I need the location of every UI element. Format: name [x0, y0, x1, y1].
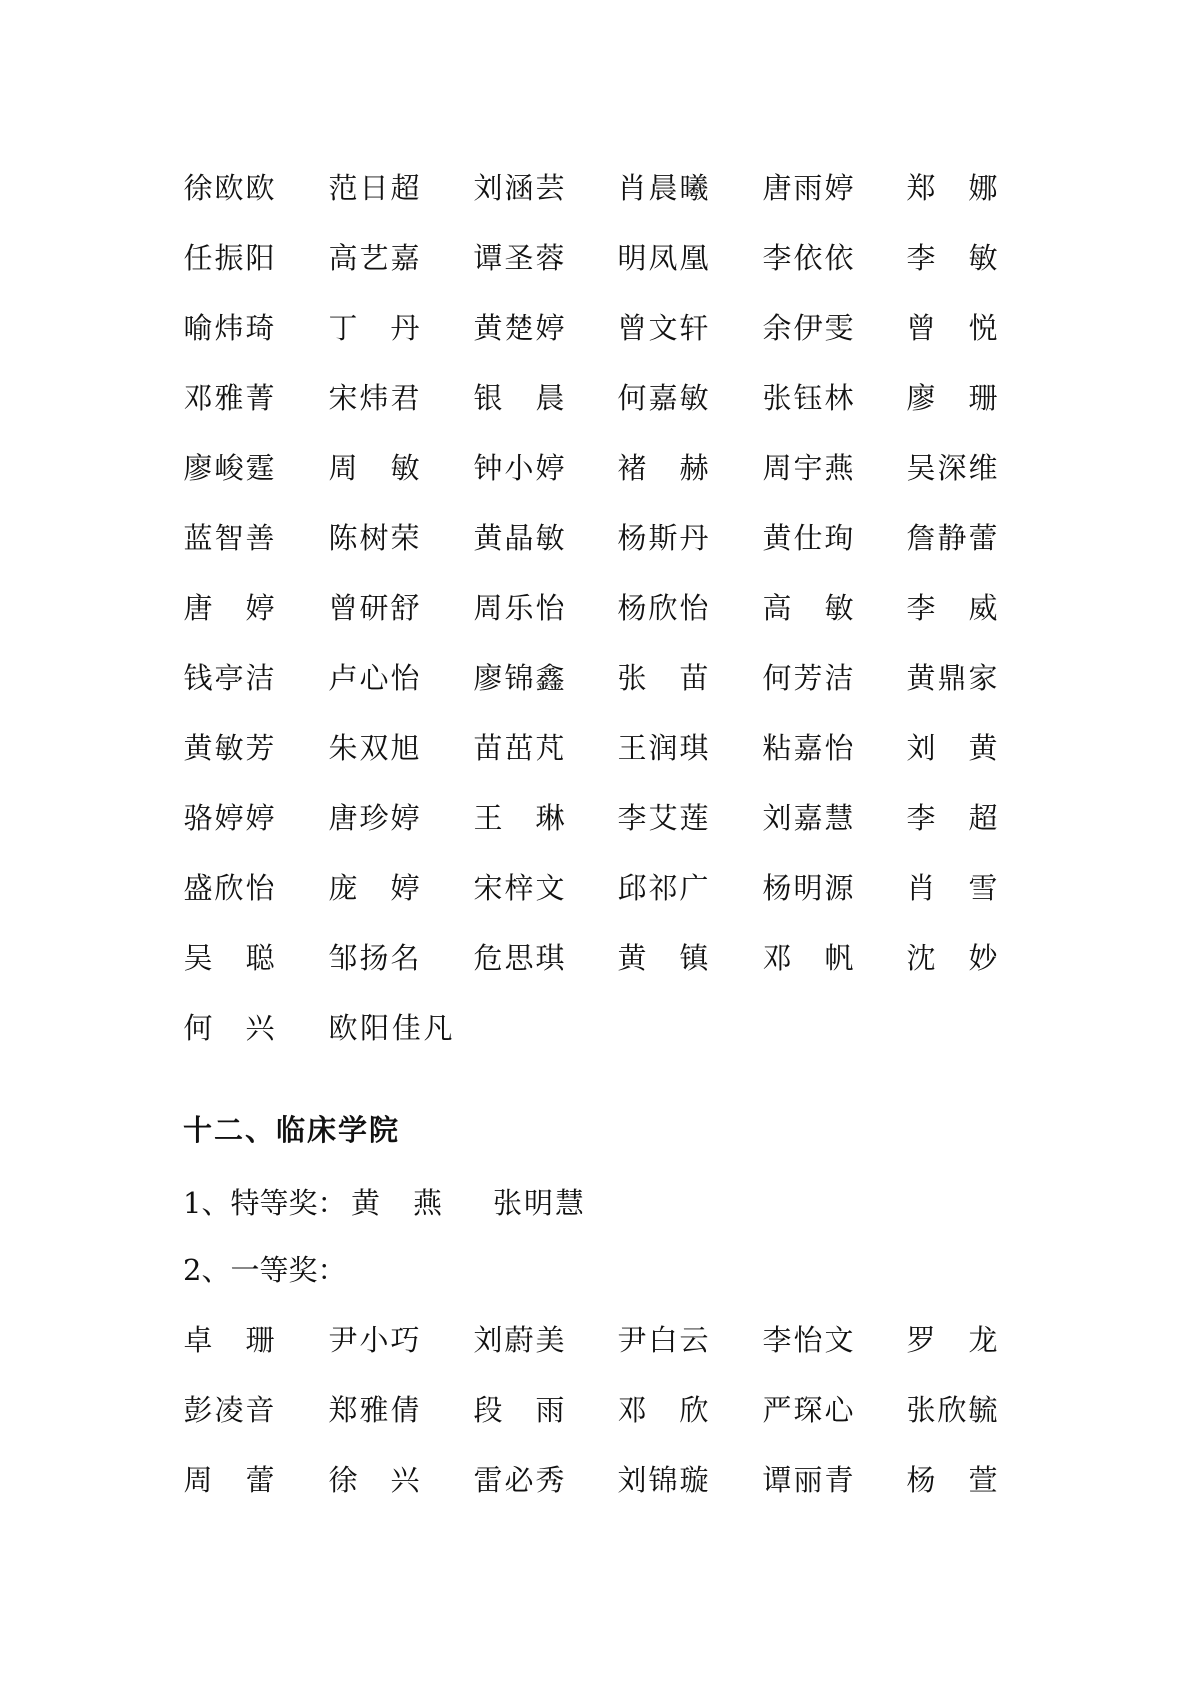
- student-name: 张欣毓: [906, 1392, 998, 1428]
- name-char: 欣: [214, 870, 244, 906]
- name-char: 李: [906, 240, 936, 276]
- student-name: 杨萱: [906, 1462, 998, 1498]
- name-char: 鼎: [937, 660, 967, 696]
- name-char: 欧: [214, 170, 244, 206]
- name-char: 莲: [679, 800, 709, 836]
- name-char: 李: [906, 590, 936, 626]
- name-char: 廖: [473, 660, 503, 696]
- name-char: 周: [473, 590, 503, 626]
- name-char: 青: [824, 1462, 854, 1498]
- name-char: 粘: [762, 730, 792, 766]
- name-char: 祁: [648, 870, 678, 906]
- name-char: 丁: [328, 310, 358, 346]
- student-name: 罗龙: [906, 1322, 998, 1358]
- name-char: 凡: [423, 1010, 453, 1046]
- name-char: 润: [648, 730, 678, 766]
- name-char: 杨: [762, 870, 792, 906]
- name-char: 轩: [679, 310, 709, 346]
- name-char: 刘: [762, 800, 792, 836]
- name-char: 广: [679, 870, 709, 906]
- first-award-label: 2、一等奖：: [183, 1252, 346, 1288]
- name-char: 王: [617, 730, 647, 766]
- name-row: 喻炜琦丁丹黄楚婷曾文轩余伊雯曾悦: [183, 310, 1063, 380]
- name-char: 谭: [762, 1462, 792, 1498]
- name-char: 卢: [328, 660, 358, 696]
- student-name: 张钰林: [762, 380, 854, 416]
- name-char: 何: [183, 1010, 213, 1046]
- student-name: 余伊雯: [762, 310, 854, 346]
- name-char: 必: [504, 1462, 534, 1498]
- student-name: 危思琪: [473, 940, 565, 976]
- name-char: 宇: [793, 450, 823, 486]
- student-name: 曾文轩: [617, 310, 709, 346]
- student-name: 沈妙: [906, 940, 998, 976]
- student-name: 邱祁广: [617, 870, 709, 906]
- name-char: 尹: [328, 1322, 358, 1358]
- student-name: 卢心怡: [328, 660, 420, 696]
- student-name: 刘涵芸: [473, 170, 565, 206]
- name-char: 仕: [793, 520, 823, 556]
- student-name: 肖雪: [906, 870, 998, 906]
- student-name: 褚赫: [617, 450, 709, 486]
- student-name: 唐雨婷: [762, 170, 854, 206]
- name-char: 邱: [617, 870, 647, 906]
- name-char: 芸: [535, 170, 565, 206]
- student-name: 刘蔚美: [473, 1322, 565, 1358]
- name-char: 珣: [824, 520, 854, 556]
- student-name: 宋梓文: [473, 870, 565, 906]
- name-char: 佳: [391, 1010, 421, 1046]
- name-char: 琳: [535, 800, 565, 836]
- name-char: 雅: [359, 1392, 389, 1428]
- name-char: 蕾: [968, 520, 998, 556]
- name-char: 娜: [968, 170, 998, 206]
- name-char: 琪: [535, 940, 565, 976]
- name-char: 宋: [328, 380, 358, 416]
- name-char: 欣: [648, 590, 678, 626]
- name-char: 谭: [473, 240, 503, 276]
- name-char: 褚: [617, 450, 647, 486]
- name-char: 何: [617, 380, 647, 416]
- name-char: 刘: [617, 1462, 647, 1498]
- student-name: 钱亭洁: [183, 660, 275, 696]
- name-char: 黄: [183, 730, 213, 766]
- student-name: 黄仕珣: [762, 520, 854, 556]
- name-char: 思: [504, 940, 534, 976]
- name-char: 怡: [793, 1322, 823, 1358]
- name-char: 婷: [535, 450, 565, 486]
- student-name: 李威: [906, 590, 998, 626]
- name-char: 唐: [183, 590, 213, 626]
- name-char: 毓: [968, 1392, 998, 1428]
- name-char: 鑫: [535, 660, 565, 696]
- special-award-name: 黄燕: [350, 1185, 442, 1221]
- name-char: 维: [968, 450, 998, 486]
- name-char: 雨: [793, 170, 823, 206]
- name-char: 张: [617, 660, 647, 696]
- name-char: 敏: [824, 590, 854, 626]
- name-char: 蔚: [504, 1322, 534, 1358]
- name-char: 楚: [504, 310, 534, 346]
- name-char: 源: [824, 870, 854, 906]
- student-name: 徐兴: [328, 1462, 420, 1498]
- student-name: 杨明源: [762, 870, 854, 906]
- student-name: 高敏: [762, 590, 854, 626]
- name-row: 蓝智善陈树荣黄晶敏杨斯丹黄仕珣詹静蕾: [183, 520, 1063, 590]
- name-char: 任: [183, 240, 213, 276]
- name-char: 洁: [824, 660, 854, 696]
- name-char: 倩: [390, 1392, 420, 1428]
- name-char: 李: [906, 800, 936, 836]
- name-char: 徐: [328, 1462, 358, 1498]
- name-char: 洁: [245, 660, 275, 696]
- name-char: 曾: [328, 590, 358, 626]
- name-char: 雷: [473, 1462, 503, 1498]
- name-char: 肖: [906, 870, 936, 906]
- name-char: 涵: [504, 170, 534, 206]
- student-name: 周蕾: [183, 1462, 275, 1498]
- name-char: 芳: [245, 730, 275, 766]
- name-char: 苗: [473, 730, 503, 766]
- name-char: 凤: [648, 240, 678, 276]
- name-char: 心: [359, 660, 389, 696]
- name-char: 杨: [617, 590, 647, 626]
- name-char: 怡: [679, 590, 709, 626]
- name-char: 慧: [554, 1185, 584, 1221]
- name-char: 何: [762, 660, 792, 696]
- name-char: 丽: [793, 1462, 823, 1498]
- name-row: 盛欣怡庞婷宋梓文邱祁广杨明源肖雪: [183, 870, 1063, 940]
- name-char: 文: [648, 310, 678, 346]
- name-char: 晨: [535, 380, 565, 416]
- name-char: 锦: [504, 660, 534, 696]
- name-char: 婷: [824, 170, 854, 206]
- name-char: 杨: [617, 520, 647, 556]
- name-char: 振: [214, 240, 244, 276]
- name-char: 萱: [968, 1462, 998, 1498]
- name-char: 曦: [679, 170, 709, 206]
- student-name: 喻炜琦: [183, 310, 275, 346]
- name-char: 龙: [968, 1322, 998, 1358]
- student-name: 黄鼎家: [906, 660, 998, 696]
- name-row: 廖峻霆周敏钟小婷褚赫周宇燕吴深维: [183, 450, 1063, 520]
- name-char: 苗: [679, 660, 709, 696]
- student-name: 唐珍婷: [328, 800, 420, 836]
- name-char: 珊: [245, 1322, 275, 1358]
- student-name: 曾研舒: [328, 590, 420, 626]
- name-char: 罗: [906, 1322, 936, 1358]
- name-char: 依: [824, 240, 854, 276]
- name-char: 卓: [183, 1322, 213, 1358]
- name-char: 郑: [328, 1392, 358, 1428]
- student-name: 王润琪: [617, 730, 709, 766]
- name-char: 亭: [214, 660, 244, 696]
- name-char: 研: [359, 590, 389, 626]
- student-name: 骆婷婷: [183, 800, 275, 836]
- name-char: 张: [762, 380, 792, 416]
- name-char: 曾: [617, 310, 647, 346]
- name-list-continuation: 徐欧欧范日超刘涵芸肖晨曦唐雨婷郑娜任振阳高艺嘉谭圣蓉明凤凰李依依李敏喻炜琦丁丹黄…: [183, 170, 1063, 1080]
- name-char: 树: [359, 520, 389, 556]
- student-name: 肖晨曦: [617, 170, 709, 206]
- name-char: 嘉: [648, 380, 678, 416]
- name-char: 敏: [390, 450, 420, 486]
- name-char: 欣: [937, 1392, 967, 1428]
- name-char: 凰: [679, 240, 709, 276]
- name-char: 邹: [328, 940, 358, 976]
- name-char: 李: [617, 800, 647, 836]
- name-char: 詹: [906, 520, 936, 556]
- name-char: 白: [648, 1322, 678, 1358]
- name-char: 嘉: [793, 730, 823, 766]
- name-char: 朱: [328, 730, 358, 766]
- name-char: 高: [762, 590, 792, 626]
- student-name: 黄晶敏: [473, 520, 565, 556]
- student-name: 尹白云: [617, 1322, 709, 1358]
- name-char: 日: [359, 170, 389, 206]
- student-name: 黄镇: [617, 940, 709, 976]
- name-char: 艾: [648, 800, 678, 836]
- name-char: 李: [762, 240, 792, 276]
- name-char: 黄: [473, 310, 503, 346]
- name-char: 明: [617, 240, 647, 276]
- name-row: 骆婷婷唐珍婷王琳李艾莲刘嘉慧李超: [183, 800, 1063, 870]
- name-char: 小: [359, 1322, 389, 1358]
- student-name: 欧阳佳凡: [328, 1010, 453, 1046]
- name-char: 兴: [390, 1462, 420, 1498]
- student-name: 粘嘉怡: [762, 730, 854, 766]
- name-row: 何兴欧阳佳凡: [183, 1010, 1063, 1080]
- student-name: 苗茁芃: [473, 730, 565, 766]
- name-char: 美: [535, 1322, 565, 1358]
- name-char: 晶: [504, 520, 534, 556]
- student-name: 吴聪: [183, 940, 275, 976]
- student-name: 刘嘉慧: [762, 800, 854, 836]
- name-char: 双: [359, 730, 389, 766]
- student-name: 银晨: [473, 380, 565, 416]
- name-char: 阳: [360, 1010, 390, 1046]
- name-char: 邓: [183, 380, 213, 416]
- name-char: 峻: [214, 450, 244, 486]
- name-char: 威: [968, 590, 998, 626]
- name-char: 李: [762, 1322, 792, 1358]
- student-name: 唐婷: [183, 590, 275, 626]
- student-name: 庞婷: [328, 870, 420, 906]
- name-char: 赫: [679, 450, 709, 486]
- name-row: 徐欧欧范日超刘涵芸肖晨曦唐雨婷郑娜: [183, 170, 1063, 240]
- name-char: 炜: [214, 310, 244, 346]
- student-name: 严琛心: [762, 1392, 854, 1428]
- name-char: 善: [245, 520, 275, 556]
- name-char: 音: [245, 1392, 275, 1428]
- student-name: 段雨: [473, 1392, 565, 1428]
- name-char: 银: [473, 380, 503, 416]
- name-char: 雅: [214, 380, 244, 416]
- student-name: 陈树荣: [328, 520, 420, 556]
- name-char: 荣: [390, 520, 420, 556]
- name-char: 欣: [679, 1392, 709, 1428]
- name-char: 茁: [504, 730, 534, 766]
- name-char: 高: [328, 240, 358, 276]
- name-char: 君: [390, 380, 420, 416]
- name-char: 芃: [535, 730, 565, 766]
- name-char: 徐: [183, 170, 213, 206]
- name-char: 钟: [473, 450, 503, 486]
- name-char: 燕: [412, 1185, 442, 1221]
- name-char: 周: [762, 450, 792, 486]
- student-name: 彭凌音: [183, 1392, 275, 1428]
- student-name: 何兴: [183, 1010, 275, 1046]
- student-name: 周敏: [328, 450, 420, 486]
- student-name: 何芳洁: [762, 660, 854, 696]
- student-name: 何嘉敏: [617, 380, 709, 416]
- name-row: 彭凌音郑雅倩段雨邓欣严琛心张欣毓: [183, 1392, 1063, 1462]
- name-char: 怡: [245, 870, 275, 906]
- name-char: 黄: [762, 520, 792, 556]
- name-char: 璇: [679, 1462, 709, 1498]
- name-char: 超: [390, 170, 420, 206]
- student-name: 周宇燕: [762, 450, 854, 486]
- student-name: 李超: [906, 800, 998, 836]
- name-char: 明: [523, 1185, 553, 1221]
- name-char: 王: [473, 800, 503, 836]
- name-char: 蓝: [183, 520, 213, 556]
- student-name: 廖珊: [906, 380, 998, 416]
- name-char: 陈: [328, 520, 358, 556]
- name-char: 巧: [390, 1322, 420, 1358]
- name-char: 珊: [968, 380, 998, 416]
- name-char: 骆: [183, 800, 213, 836]
- name-char: 小: [504, 450, 534, 486]
- student-name: 钟小婷: [473, 450, 565, 486]
- name-char: 雨: [535, 1392, 565, 1428]
- first-award-line: 2、一等奖：: [183, 1252, 350, 1288]
- student-name: 宋炜君: [328, 380, 420, 416]
- name-char: 廖: [183, 450, 213, 486]
- special-award-name: 张明慧: [492, 1185, 584, 1221]
- name-char: 黄: [473, 520, 503, 556]
- student-name: 詹静蕾: [906, 520, 998, 556]
- name-char: 文: [535, 870, 565, 906]
- name-char: 唐: [328, 800, 358, 836]
- name-char: 家: [968, 660, 998, 696]
- name-char: 珍: [359, 800, 389, 836]
- student-name: 周乐怡: [473, 590, 565, 626]
- name-char: 段: [473, 1392, 503, 1428]
- name-char: 明: [793, 870, 823, 906]
- name-char: 宋: [473, 870, 503, 906]
- name-char: 丹: [679, 520, 709, 556]
- name-char: 敏: [535, 520, 565, 556]
- name-char: 刘: [906, 730, 936, 766]
- name-char: 尹: [617, 1322, 647, 1358]
- name-char: 沈: [906, 940, 936, 976]
- name-row: 唐婷曾研舒周乐怡杨欣怡高敏李威: [183, 590, 1063, 660]
- name-char: 严: [762, 1392, 792, 1428]
- name-char: 怡: [824, 730, 854, 766]
- name-char: 艺: [359, 240, 389, 276]
- name-char: 郑: [906, 170, 936, 206]
- name-char: 镇: [679, 940, 709, 976]
- name-char: 文: [824, 1322, 854, 1358]
- name-row: 黄敏芳朱双旭苗茁芃王润琪粘嘉怡刘黄: [183, 730, 1063, 800]
- name-row: 任振阳高艺嘉谭圣蓉明凤凰李依依李敏: [183, 240, 1063, 310]
- name-char: 婷: [245, 590, 275, 626]
- name-char: 婷: [390, 870, 420, 906]
- name-char: 舒: [390, 590, 420, 626]
- name-char: 范: [328, 170, 358, 206]
- student-name: 高艺嘉: [328, 240, 420, 276]
- name-char: 伊: [793, 310, 823, 346]
- student-name: 黄敏芳: [183, 730, 275, 766]
- name-char: 怡: [535, 590, 565, 626]
- student-name: 张苗: [617, 660, 709, 696]
- student-name: 李怡文: [762, 1322, 854, 1358]
- name-char: 依: [793, 240, 823, 276]
- special-award-label: 1、特等奖：: [183, 1185, 346, 1221]
- name-char: 婷: [535, 310, 565, 346]
- student-name: 吴深维: [906, 450, 998, 486]
- name-char: 深: [937, 450, 967, 486]
- name-char: 邓: [762, 940, 792, 976]
- name-char: 婷: [214, 800, 244, 836]
- name-char: 钰: [793, 380, 823, 416]
- student-name: 王琳: [473, 800, 565, 836]
- name-char: 名: [390, 940, 420, 976]
- student-name: 丁丹: [328, 310, 420, 346]
- student-name: 邹扬名: [328, 940, 420, 976]
- student-name: 李艾莲: [617, 800, 709, 836]
- student-name: 雷必秀: [473, 1462, 565, 1498]
- name-row: 卓珊尹小巧刘蔚美尹白云李怡文罗龙: [183, 1322, 1063, 1392]
- name-char: 周: [183, 1462, 213, 1498]
- student-name: 郑雅倩: [328, 1392, 420, 1428]
- name-char: 斯: [648, 520, 678, 556]
- name-char: 张: [906, 1392, 936, 1428]
- name-char: 丹: [390, 310, 420, 346]
- name-char: 圣: [504, 240, 534, 276]
- name-char: 廖: [906, 380, 936, 416]
- name-char: 云: [679, 1322, 709, 1358]
- student-name: 李依依: [762, 240, 854, 276]
- student-name: 黄楚婷: [473, 310, 565, 346]
- name-char: 乐: [504, 590, 534, 626]
- name-char: 心: [824, 1392, 854, 1428]
- name-char: 杨: [906, 1462, 936, 1498]
- name-char: 黄: [350, 1185, 380, 1221]
- name-char: 黄: [617, 940, 647, 976]
- student-name: 邓帆: [762, 940, 854, 976]
- name-char: 超: [968, 800, 998, 836]
- name-char: 肖: [617, 170, 647, 206]
- student-name: 邓欣: [617, 1392, 709, 1428]
- name-char: 敏: [214, 730, 244, 766]
- name-char: 彭: [183, 1392, 213, 1428]
- student-name: 朱双旭: [328, 730, 420, 766]
- student-name: 范日超: [328, 170, 420, 206]
- name-char: 锦: [648, 1462, 678, 1498]
- name-char: 嘉: [390, 240, 420, 276]
- name-char: 悦: [968, 310, 998, 346]
- student-name: 廖峻霆: [183, 450, 275, 486]
- name-char: 妙: [968, 940, 998, 976]
- name-char: 梓: [504, 870, 534, 906]
- name-char: 扬: [359, 940, 389, 976]
- student-name: 盛欣怡: [183, 870, 275, 906]
- name-char: 霆: [245, 450, 275, 486]
- name-char: 蓉: [535, 240, 565, 276]
- name-char: 阳: [245, 240, 275, 276]
